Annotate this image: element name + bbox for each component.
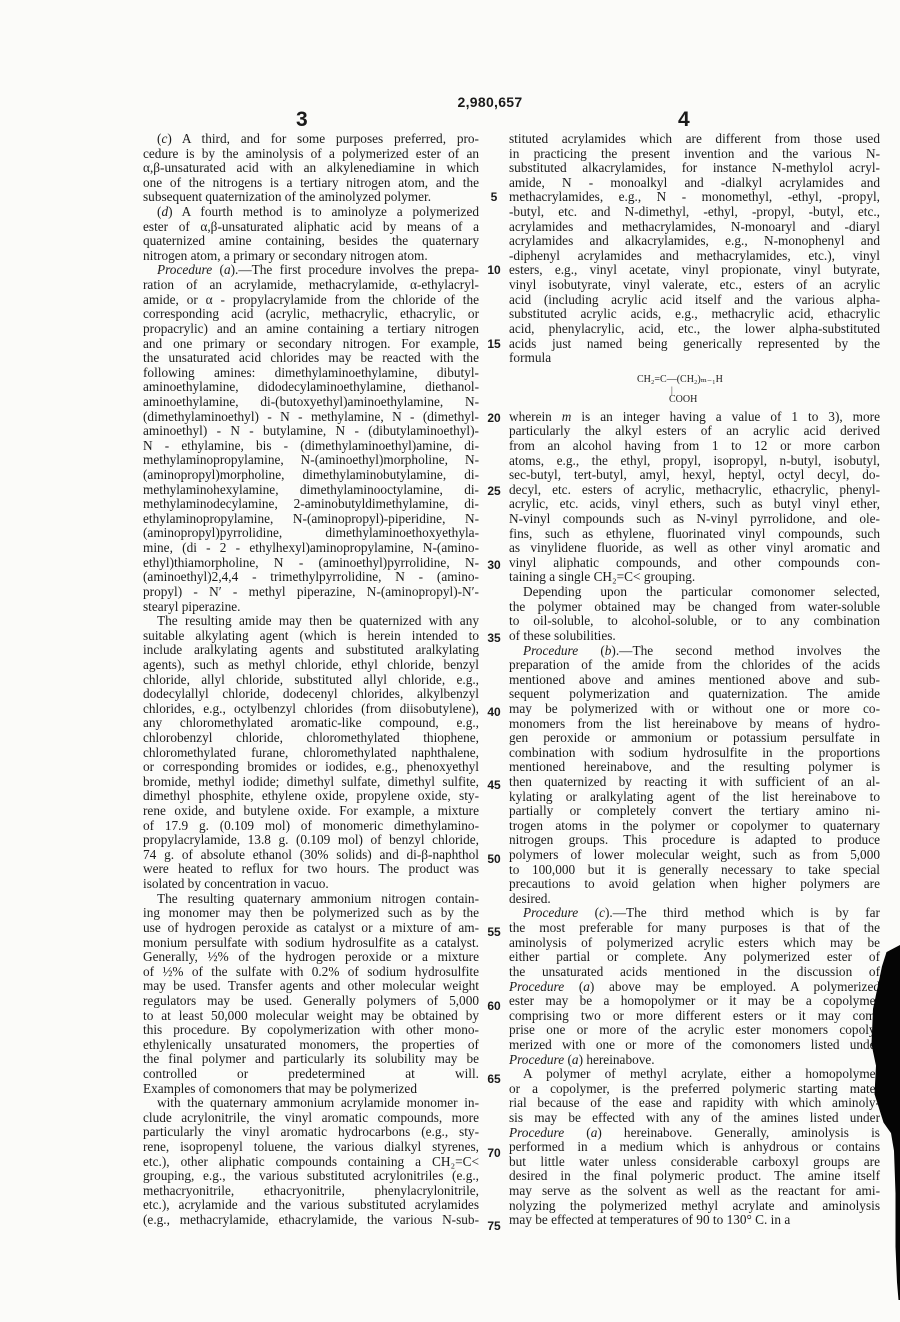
- text-line: or corresponding bromides or iodides, e.…: [143, 760, 479, 775]
- line-number: 70: [483, 1146, 505, 1160]
- text-line: Procedure (a).—The first procedure invol…: [143, 263, 479, 278]
- text-line: performed in a medium which is anhydrous…: [509, 1140, 880, 1155]
- text-line: the polymer obtained may be changed from…: [509, 600, 880, 615]
- text-line: Procedure (c).—The third method which is…: [509, 906, 880, 921]
- line-number: 5: [483, 190, 505, 204]
- text-line: ration of an acrylamide, methacrylamide,…: [143, 278, 479, 293]
- text-line: substituted acrylic acids, e.g., methacr…: [509, 307, 880, 322]
- text-line: 74 g. of absolute ethanol (30% solids) a…: [143, 848, 479, 863]
- text-line: -diphenyl acrylamides and methacrylamide…: [509, 249, 880, 264]
- text-line: stituted acrylamides which are different…: [509, 132, 880, 147]
- text-line: (e.g., methacrylamide, ethacrylamide, th…: [143, 1213, 479, 1228]
- text-line: rene oxide, and butylene oxide. For exam…: [143, 804, 479, 819]
- line-number: 15: [483, 337, 505, 351]
- text-line: as vinylidene fluoride, as well as other…: [509, 541, 880, 556]
- text-line: (aminoethyl)2,4,4 - trimethylpyrrolidine…: [143, 570, 479, 585]
- text-line: ethylenically unsaturated monomers, the …: [143, 1038, 479, 1053]
- text-line: substituted alkacrylamides, for instance…: [509, 161, 880, 176]
- text-line: controlled or predetermined at will.: [143, 1067, 479, 1082]
- text-line: isolated by concentration in vacuo.: [143, 877, 479, 892]
- text-line: bromide, methyl iodide; dimethyl sulfate…: [143, 775, 479, 790]
- text-line: to 100,000 but it is generally necessary…: [509, 863, 880, 878]
- line-number: 10: [483, 263, 505, 277]
- text-line: The resulting amide may then be quaterni…: [143, 614, 479, 629]
- text-line: the unsaturated acids mentioned in the d…: [509, 965, 880, 980]
- text-line: sis may be effected with any of the amin…: [509, 1111, 880, 1126]
- text-line: desired in the final polymeric product. …: [509, 1169, 880, 1184]
- text-line: amide, N - monoalkyl and -dialkyl acryla…: [509, 176, 880, 191]
- text-line: (aminopropyl)pyrrolidine, dimethylaminoe…: [143, 526, 479, 541]
- text-line: methylaminodecylamine, 2-aminobutyldimet…: [143, 497, 479, 512]
- text-line: nitrogen groups. This procedure is adapt…: [509, 833, 880, 848]
- text-line: chlorobenzyl chloride, chloromethylated …: [143, 731, 479, 746]
- text-line: acid, phenylacrylic, acid, etc., the low…: [509, 322, 880, 337]
- text-line: fins, such as ethylene, fluorinated viny…: [509, 527, 880, 542]
- text-line: ethyl)thiamorpholine, N - (aminoethyl)py…: [143, 556, 479, 571]
- text-line: formula: [509, 351, 880, 366]
- text-line: may be polymerized with or without one o…: [509, 702, 880, 717]
- text-line: dimethyl phosphite, ethylene oxide, prop…: [143, 789, 479, 804]
- text-line: Depending upon the particular comonomer …: [509, 585, 880, 600]
- text-line: or a copolymer, is the preferred polymer…: [509, 1082, 880, 1097]
- text-line: ethylaminopropylamine, N-(aminopropyl)-p…: [143, 512, 479, 527]
- left-page-number: 3: [296, 108, 308, 132]
- text-line: atoms, e.g., the ethyl, propyl, isopropy…: [509, 454, 880, 469]
- text-line: rene, isopropenyl toluene, the various d…: [143, 1140, 479, 1155]
- text-line: wherein m is an integer having a value o…: [509, 410, 880, 425]
- text-line: one of the nitrogens is a tertiary nitro…: [143, 176, 479, 191]
- text-line: to oil-soluble, to alcohol-soluble, or t…: [509, 614, 880, 629]
- text-line: particularly the alkyl esters of an acry…: [509, 424, 880, 439]
- text-line: of these solubilities.: [509, 629, 880, 644]
- line-number: 45: [483, 778, 505, 792]
- text-line: Generally, ½% of the hydrogen peroxide o…: [143, 950, 479, 965]
- text-line: were heated to reflux for two hours. The…: [143, 862, 479, 877]
- text-line: sec-butyl, tert-butyl, amyl, hexyl, hept…: [509, 468, 880, 483]
- text-line: propyl) - N′ - methyl piperazine, N-(ami…: [143, 585, 479, 600]
- text-line: comprising two or more different esters …: [509, 1009, 880, 1024]
- text-line: aminoethyl) - N - butylamine, N - (dibut…: [143, 424, 479, 439]
- text-line: use of hydrogen peroxide as catalyst or …: [143, 921, 479, 936]
- text-line: A polymer of methyl acrylate, either a h…: [509, 1067, 880, 1082]
- text-line: may be used. Transfer agents and other m…: [143, 979, 479, 994]
- text-line: gen peroxide or ammonium or potassium pe…: [509, 731, 880, 746]
- text-line: methylaminopropylamine, N-(aminoethyl)mo…: [143, 453, 479, 468]
- text-line: precautions to avoid gelation when highe…: [509, 877, 880, 892]
- text-line: cedure is by the aminolysis of a polymer…: [143, 147, 479, 162]
- line-number: 25: [483, 484, 505, 498]
- text-line: propylacrylamide, 13.8 g. (0.109 mol) of…: [143, 833, 479, 848]
- text-line: The resulting quaternary ammonium nitrog…: [143, 892, 479, 907]
- text-line: chloride, allyl chloride, substituted al…: [143, 673, 479, 688]
- text-line: in practicing the present invention and …: [509, 147, 880, 162]
- text-line: subsequent quaternization of the aminoly…: [143, 190, 479, 205]
- text-line: polymers of lower molecular weight, such…: [509, 848, 880, 863]
- chemical-formula: CH₂=C—(CH₂)ₘ₋₁H|COOH: [509, 366, 880, 410]
- text-line: then quaternized by reacting it with suf…: [509, 775, 880, 790]
- text-line: mentioned hereinabove, and the resulting…: [509, 760, 880, 775]
- text-line: mentioned above and amines mentioned abo…: [509, 673, 880, 688]
- line-number: 55: [483, 925, 505, 939]
- text-line: dodecylallyl chloride, dodecenyl chlorid…: [143, 687, 479, 702]
- text-line: methacrylamides, e.g., N - monomethyl, -…: [509, 190, 880, 205]
- text-line: monium persulfate with sodium hydrosulfi…: [143, 936, 479, 951]
- text-line: include aralkylating agents and substitu…: [143, 643, 479, 658]
- text-line: chloromethylated furane, chloromethylate…: [143, 746, 479, 761]
- line-number: 30: [483, 558, 505, 572]
- text-line: monomers from the list hereinabove by me…: [509, 717, 880, 732]
- line-number: 50: [483, 852, 505, 866]
- right-column: stituted acrylamides which are different…: [509, 132, 880, 1228]
- text-line: acid (including acrylic acid itself and …: [509, 293, 880, 308]
- text-line: with the quaternary ammonium acrylamide …: [143, 1096, 479, 1111]
- text-line: partially or completely convert the tert…: [509, 804, 880, 819]
- text-line: from an alcohol having from 1 to 12 or m…: [509, 439, 880, 454]
- text-line: Procedure (b).—The second method involve…: [509, 644, 880, 659]
- text-line: Examples of comonomers that may be polym…: [143, 1082, 479, 1097]
- text-line: aminoethylamine, didodecylaminoethylamin…: [143, 380, 479, 395]
- text-line: chlorides, e.g., octylbenzyl chlorides (…: [143, 702, 479, 717]
- text-line: the unsaturated acid chlorides may be re…: [143, 351, 479, 366]
- text-line: (d) A fourth method is to aminolyze a po…: [143, 205, 479, 220]
- text-line: vinyl aliphatic compounds, and other com…: [509, 556, 880, 571]
- text-line: quaternized amine containing, besides th…: [143, 234, 479, 249]
- text-line: either partial or complete. Any polymeri…: [509, 950, 880, 965]
- text-line: corresponding acid (acrylic, methacrylic…: [143, 307, 479, 322]
- text-line: acrylic, etc. acids, vinyl ethers, such …: [509, 497, 880, 512]
- text-line: methylaminohexylamine, dimethylaminoocty…: [143, 483, 479, 498]
- text-line: particularly the vinyl aromatic hydrocar…: [143, 1125, 479, 1140]
- text-line: to at least 50,000 molecular weight may …: [143, 1009, 479, 1024]
- text-line: (dimethylaminoethyl) - N - methylamine, …: [143, 410, 479, 425]
- text-line: aminolysis of polymerized acrylic esters…: [509, 936, 880, 951]
- text-line: methacryonitrile, ethacryonitrile, pheny…: [143, 1184, 479, 1199]
- line-number: 75: [483, 1219, 505, 1233]
- right-page-number: 4: [678, 108, 690, 132]
- line-number: 20: [483, 411, 505, 425]
- text-line: N-vinyl compounds such as N-vinyl pyrrol…: [509, 512, 880, 527]
- line-number: 65: [483, 1072, 505, 1086]
- text-line: merized with one or more of the comonome…: [509, 1038, 880, 1053]
- text-line: but little water unless considerable car…: [509, 1155, 880, 1170]
- text-line: acrylamides and methacrylamides, N-monoa…: [509, 220, 880, 235]
- text-line: suitable alkylating agent (which is here…: [143, 629, 479, 644]
- text-line: -butyl, etc. and N-dimethyl, -ethyl, -pr…: [509, 205, 880, 220]
- text-line: amide, or α - propylacrylamide from the …: [143, 293, 479, 308]
- text-line: this procedure. By copolymerization with…: [143, 1023, 479, 1038]
- text-line: aminoethylamine, di-(butoxyethyl)aminoet…: [143, 395, 479, 410]
- text-line: taining a single CH₂=C< grouping.: [509, 570, 880, 585]
- text-line: the final polymer and particularly its s…: [143, 1052, 479, 1067]
- text-line: rial because of the ease and rapidity wi…: [509, 1096, 880, 1111]
- text-line: ester of α,β-unsaturated aliphatic acid …: [143, 220, 479, 235]
- text-line: preparation of the amide from the chlori…: [509, 658, 880, 673]
- text-line: nolyzing the polymerized methyl acrylate…: [509, 1199, 880, 1214]
- text-line: stearyl piperazine.: [143, 600, 479, 615]
- text-line: etc.), other aliphatic compounds contain…: [143, 1155, 479, 1170]
- text-line: Procedure (a) hereinabove. Generally, am…: [509, 1126, 880, 1141]
- text-line: any chloromethylated aromatic-like compo…: [143, 716, 479, 731]
- text-line: N - ethylamine, bis - (dimethylaminoethy…: [143, 439, 479, 454]
- formula-sub: COOH: [669, 394, 697, 406]
- text-line: of ½% of the sulfate with 0.2% of sodium…: [143, 965, 479, 980]
- text-line: of 17.9 g. (0.109 mol) of monomeric dime…: [143, 819, 479, 834]
- text-line: decyl, etc. esters of acrylic, methacryl…: [509, 483, 880, 498]
- text-line: propacrylic) and an amine containing a t…: [143, 322, 479, 337]
- text-line: trogen atoms in the polymer or copolymer…: [509, 819, 880, 834]
- text-line: kylating or aralkylating agent of the li…: [509, 790, 880, 805]
- formula-main: CH₂=C—(CH₂)ₘ₋₁H: [637, 374, 723, 386]
- text-line: desired.: [509, 892, 880, 907]
- text-line: combination with sodium hydrosulfite in …: [509, 746, 880, 761]
- text-line: (c) A third, and for some purposes prefe…: [143, 132, 479, 147]
- text-line: agents), such as methyl chloride, ethyl …: [143, 658, 479, 673]
- text-line: following amines: dimethylaminoethylamin…: [143, 366, 479, 381]
- text-line: may serve as the solvent as well as the …: [509, 1184, 880, 1199]
- line-number: 40: [483, 705, 505, 719]
- text-line: etc.), acrylamide and the various substi…: [143, 1198, 479, 1213]
- line-number: 60: [483, 999, 505, 1013]
- text-line: clude acrylonitrile, the vinyl aromatic …: [143, 1111, 479, 1126]
- text-line: and one primary or secondary nitrogen. F…: [143, 337, 479, 352]
- text-line: grouping, e.g., the various substituted …: [143, 1169, 479, 1184]
- text-line: ing monomer may then be polymerized such…: [143, 906, 479, 921]
- text-line: sequent polymerization and quaternizatio…: [509, 687, 880, 702]
- text-line: prise one or more of the acrylic ester m…: [509, 1023, 880, 1038]
- text-line: acrylamides and alkacrylamides, e.g., N-…: [509, 234, 880, 249]
- text-line: (aminopropyl)morpholine, dimethylaminobu…: [143, 468, 479, 483]
- text-line: may be effected at temperatures of 90 to…: [509, 1213, 880, 1228]
- text-line: esters, e.g., vinyl acetate, vinyl propi…: [509, 263, 880, 278]
- text-line: Procedure (a) above may be employed. A p…: [509, 980, 880, 995]
- patent-number: 2,980,657: [0, 94, 900, 110]
- text-line: acids just named being generically repre…: [509, 337, 880, 352]
- left-column: (c) A third, and for some purposes prefe…: [143, 132, 479, 1228]
- text-line: ester may be a homopolymer or it may be …: [509, 994, 880, 1009]
- text-line: Procedure (a) hereinabove.: [509, 1053, 880, 1068]
- text-line: nitrogen atom, a primary or secondary ni…: [143, 249, 479, 264]
- line-number: 35: [483, 631, 505, 645]
- text-line: regulators may be used. Generally polyme…: [143, 994, 479, 1009]
- text-line: α,β-unsaturated acid with an alkylenedia…: [143, 161, 479, 176]
- text-line: the most preferable for many purposes is…: [509, 921, 880, 936]
- text-line: vinyl isobutyrate, vinyl valerate, etc.,…: [509, 278, 880, 293]
- text-line: mine, (di - 2 - ethylhexyl)aminopropylam…: [143, 541, 479, 556]
